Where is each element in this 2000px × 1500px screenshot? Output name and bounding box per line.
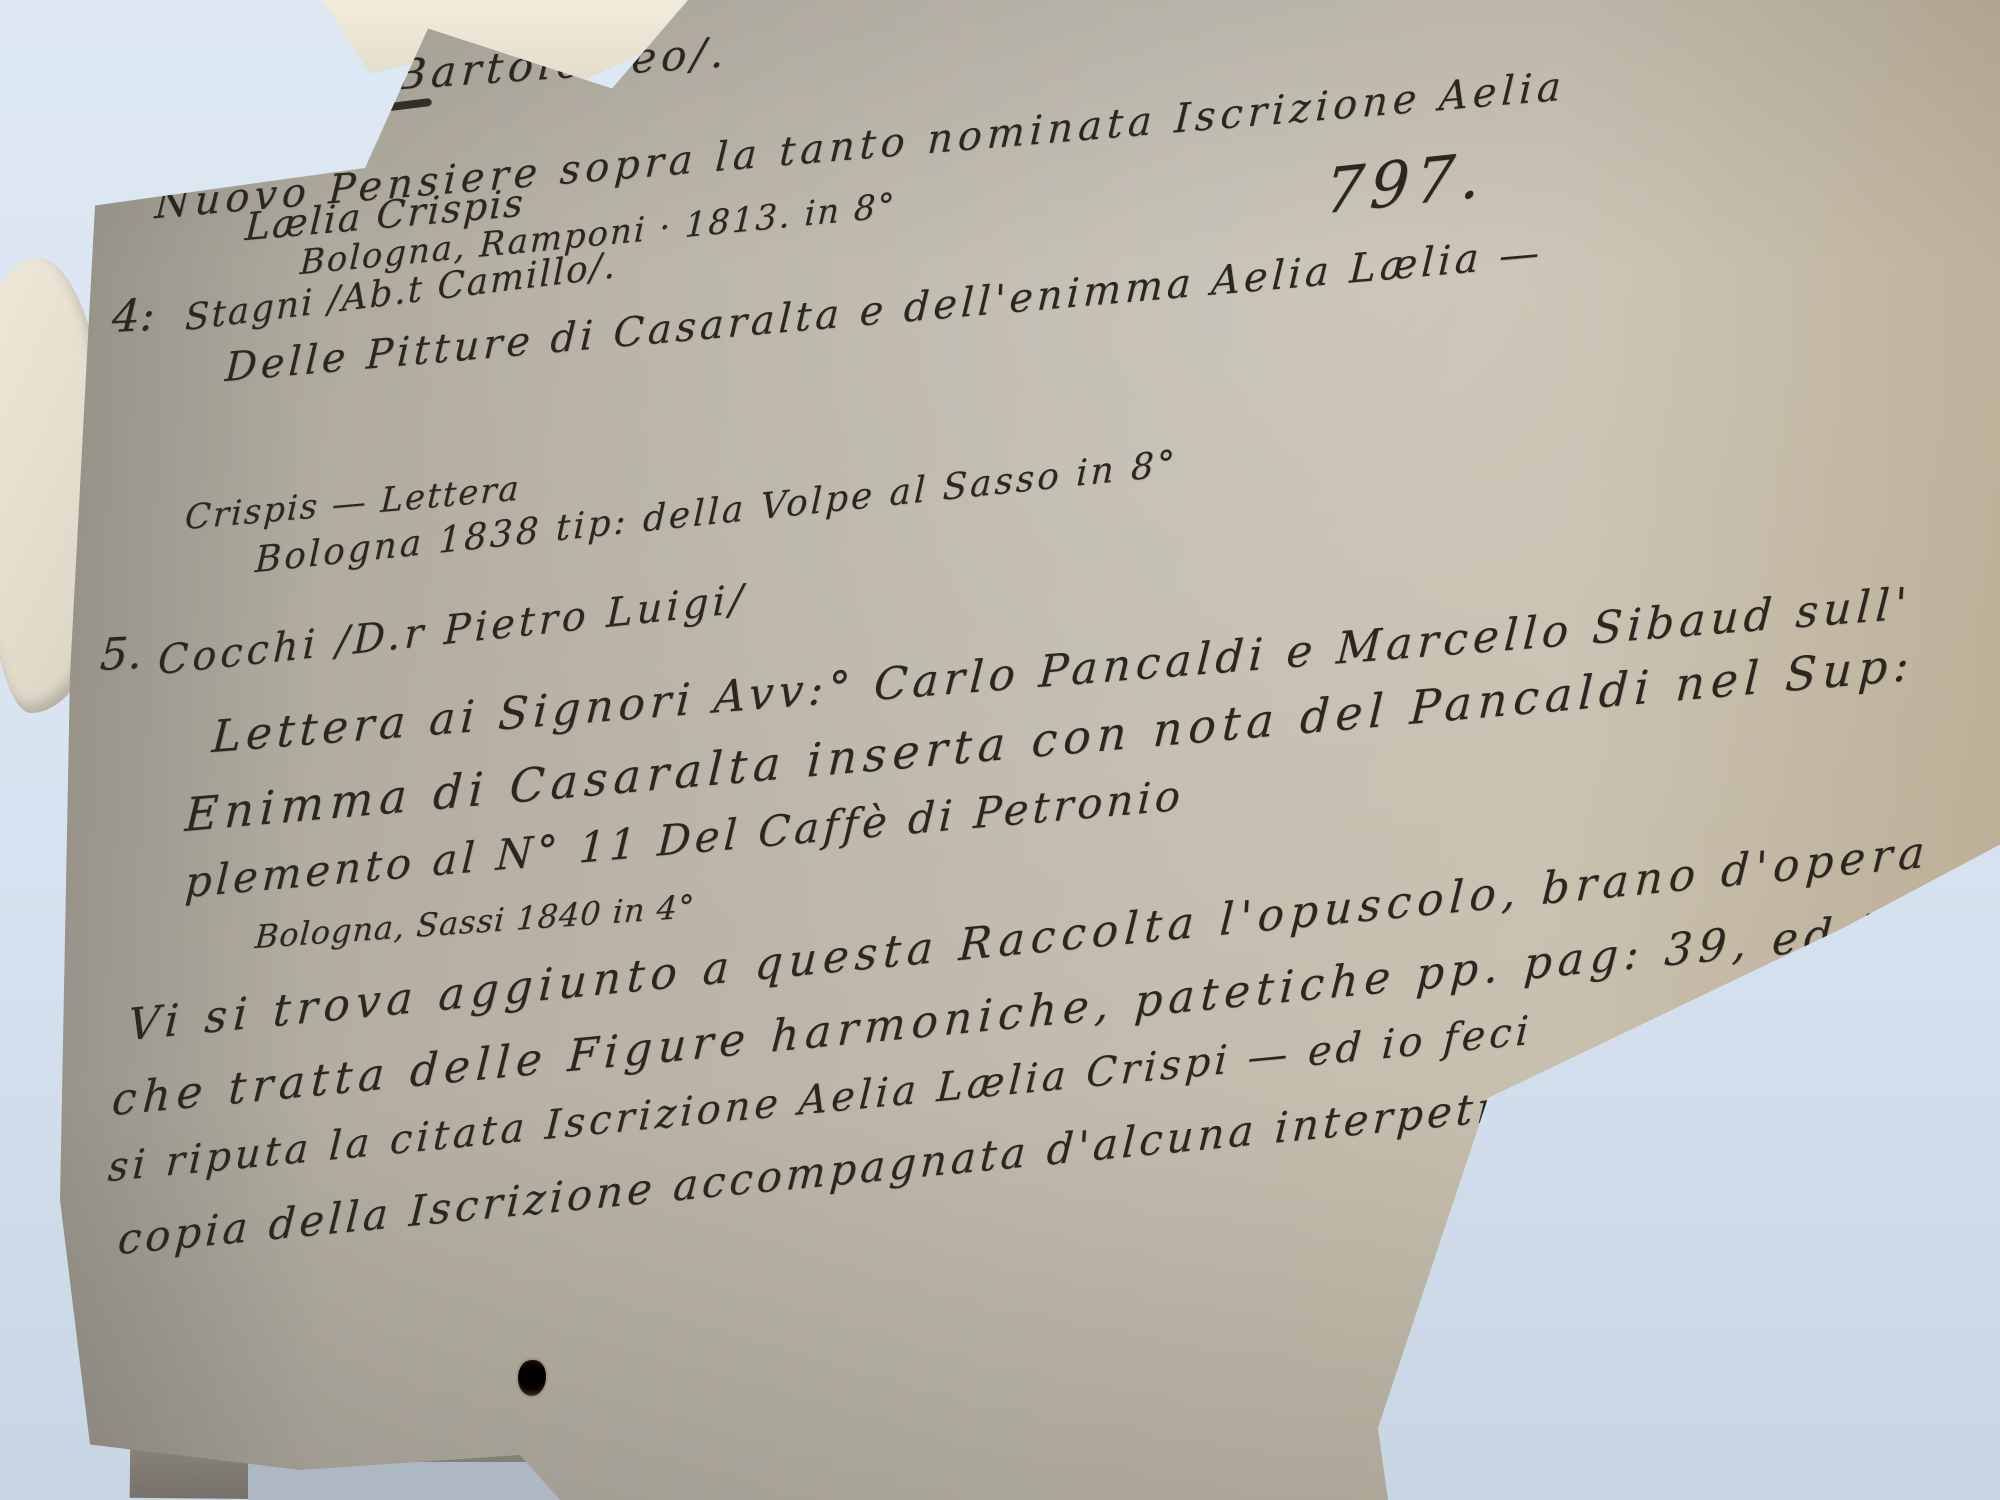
entry-5-imprint: Bologna, Sassi 1840 in 4° — [254, 887, 697, 956]
worm-hole — [518, 1360, 546, 1396]
entry-5-author: Cocchi /D.r Pietro Luigi/ — [157, 576, 747, 684]
entry-4-number: 4: — [111, 290, 156, 343]
manuscript-sheet: 3. Felici Bartolomeo/. Nuovo Pensiere so… — [0, 0, 2000, 1500]
entry-5-number: 5. — [99, 628, 144, 681]
page-number: 797. — [1322, 138, 1488, 229]
entry-3-number: 3. — [94, 82, 141, 139]
ink-strikethrough-mark — [332, 98, 432, 118]
photo-background: 3. Felici Bartolomeo/. Nuovo Pensiere so… — [0, 0, 2000, 1500]
